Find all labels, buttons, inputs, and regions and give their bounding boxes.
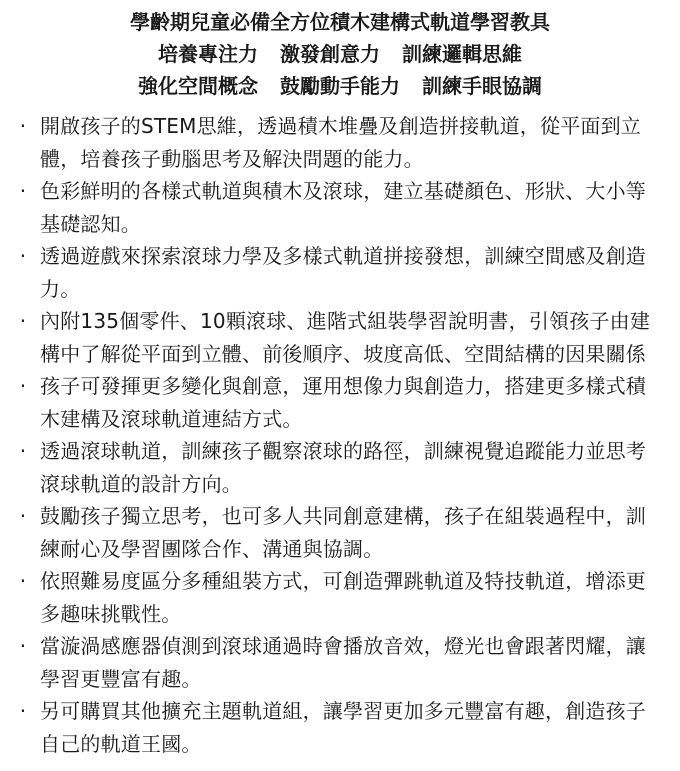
bullet-dot-icon: · [13, 565, 33, 598]
list-item: · 鼓勵孩子獨立思考，也可多人共同創意建構，孩子在組裝過程中，訓練耐心及學習團隊… [0, 500, 680, 565]
list-item-text: 色彩鮮明的各樣式軌道與積木及滾球，建立基礎顏色、形狀、大小等基礎認知。 [40, 175, 666, 240]
subtitle-spatial: 強化空間概念 [138, 70, 258, 102]
bullet-dot-icon: · [13, 435, 33, 468]
list-item-text: 透過遊戲來探索滾球力學及多樣式軌道拼接發想，訓練空間感及創造力。 [40, 240, 666, 305]
subtitle-line-1: 培養專注力激發創意力訓練邏輯思維 [0, 38, 680, 70]
bullet-dot-icon: · [13, 630, 33, 663]
bullet-dot-icon: · [13, 695, 33, 728]
list-item: · 另可購買其他擴充主題軌道組，讓學習更加多元豐富有趣，創造孩子自己的軌道王國。 [0, 695, 680, 760]
list-item: · 孩子可發揮更多變化與創意，運用想像力與創造力，搭建更多樣式積木建構及滾球軌道… [0, 370, 680, 435]
subtitle-hands-on: 鼓勵動手能力 [280, 70, 400, 102]
bullet-dot-icon: · [13, 175, 33, 208]
list-item: · 透過滾球軌道，訓練孩子觀察滾球的路徑，訓練視覺追蹤能力並思考滾球軌道的設計方… [0, 435, 680, 500]
list-item: · 依照難易度區分多種組裝方式，可創造彈跳軌道及特技軌道，增添更多趣味挑戰性。 [0, 565, 680, 630]
bullet-dot-icon: · [13, 500, 33, 533]
bullet-dot-icon: · [13, 305, 33, 338]
subtitle-focus: 培養專注力 [158, 38, 258, 70]
list-item-text: 鼓勵孩子獨立思考，也可多人共同創意建構，孩子在組裝過程中，訓練耐心及學習團隊合作… [40, 500, 666, 565]
headline-block: 學齡期兒童必備全方位積木建構式軌道學習教具 培養專注力激發創意力訓練邏輯思維 強… [0, 0, 680, 102]
list-item-text: 開啟孩子的STEM思維，透過積木堆疊及創造拼接軌道，從平面到立體，培養孩子動腦思… [40, 110, 666, 175]
list-item-text: 孩子可發揮更多變化與創意，運用想像力與創造力，搭建更多樣式積木建構及滾球軌道連結… [40, 370, 666, 435]
main-title: 學齡期兒童必備全方位積木建構式軌道學習教具 [0, 6, 680, 38]
list-item: · 開啟孩子的STEM思維，透過積木堆疊及創造拼接軌道，從平面到立體，培養孩子動… [0, 110, 680, 175]
list-item-text: 透過滾球軌道，訓練孩子觀察滾球的路徑，訓練視覺追蹤能力並思考滾球軌道的設計方向。 [40, 435, 666, 500]
subtitle-line-2: 強化空間概念鼓勵動手能力訓練手眼協調 [0, 70, 680, 102]
bullet-dot-icon: · [13, 110, 33, 143]
subtitle-logic: 訓練邏輯思維 [402, 38, 522, 70]
list-item: · 透過遊戲來探索滾球力學及多樣式軌道拼接發想，訓練空間感及創造力。 [0, 240, 680, 305]
list-item: · 內附135個零件、10顆滾球、進階式組裝學習說明書，引領孩子由建構中了解從平… [0, 305, 680, 370]
list-item: · 當漩渦感應器偵測到滾球通過時會播放音效，燈光也會跟著閃耀，讓學習更豐富有趣。 [0, 630, 680, 695]
bullet-dot-icon: · [13, 370, 33, 403]
list-item-text: 另可購買其他擴充主題軌道組，讓學習更加多元豐富有趣，創造孩子自己的軌道王國。 [40, 695, 666, 760]
list-item-text: 依照難易度區分多種組裝方式，可創造彈跳軌道及特技軌道，增添更多趣味挑戰性。 [40, 565, 666, 630]
list-item-text: 內附135個零件、10顆滾球、進階式組裝學習說明書，引領孩子由建構中了解從平面到… [40, 305, 666, 370]
subtitle-coordination: 訓練手眼協調 [422, 70, 542, 102]
feature-list: · 開啟孩子的STEM思維，透過積木堆疊及創造拼接軌道，從平面到立體，培養孩子動… [0, 110, 680, 760]
product-description-page: 學齡期兒童必備全方位積木建構式軌道學習教具 培養專注力激發創意力訓練邏輯思維 強… [0, 0, 680, 771]
bullet-dot-icon: · [13, 240, 33, 273]
main-title-text: 學齡期兒童必備全方位積木建構式軌道學習教具 [130, 6, 550, 38]
list-item: · 色彩鮮明的各樣式軌道與積木及滾球，建立基礎顏色、形狀、大小等基礎認知。 [0, 175, 680, 240]
subtitle-creativity: 激發創意力 [280, 38, 380, 70]
list-item-text: 當漩渦感應器偵測到滾球通過時會播放音效，燈光也會跟著閃耀，讓學習更豐富有趣。 [40, 630, 666, 695]
